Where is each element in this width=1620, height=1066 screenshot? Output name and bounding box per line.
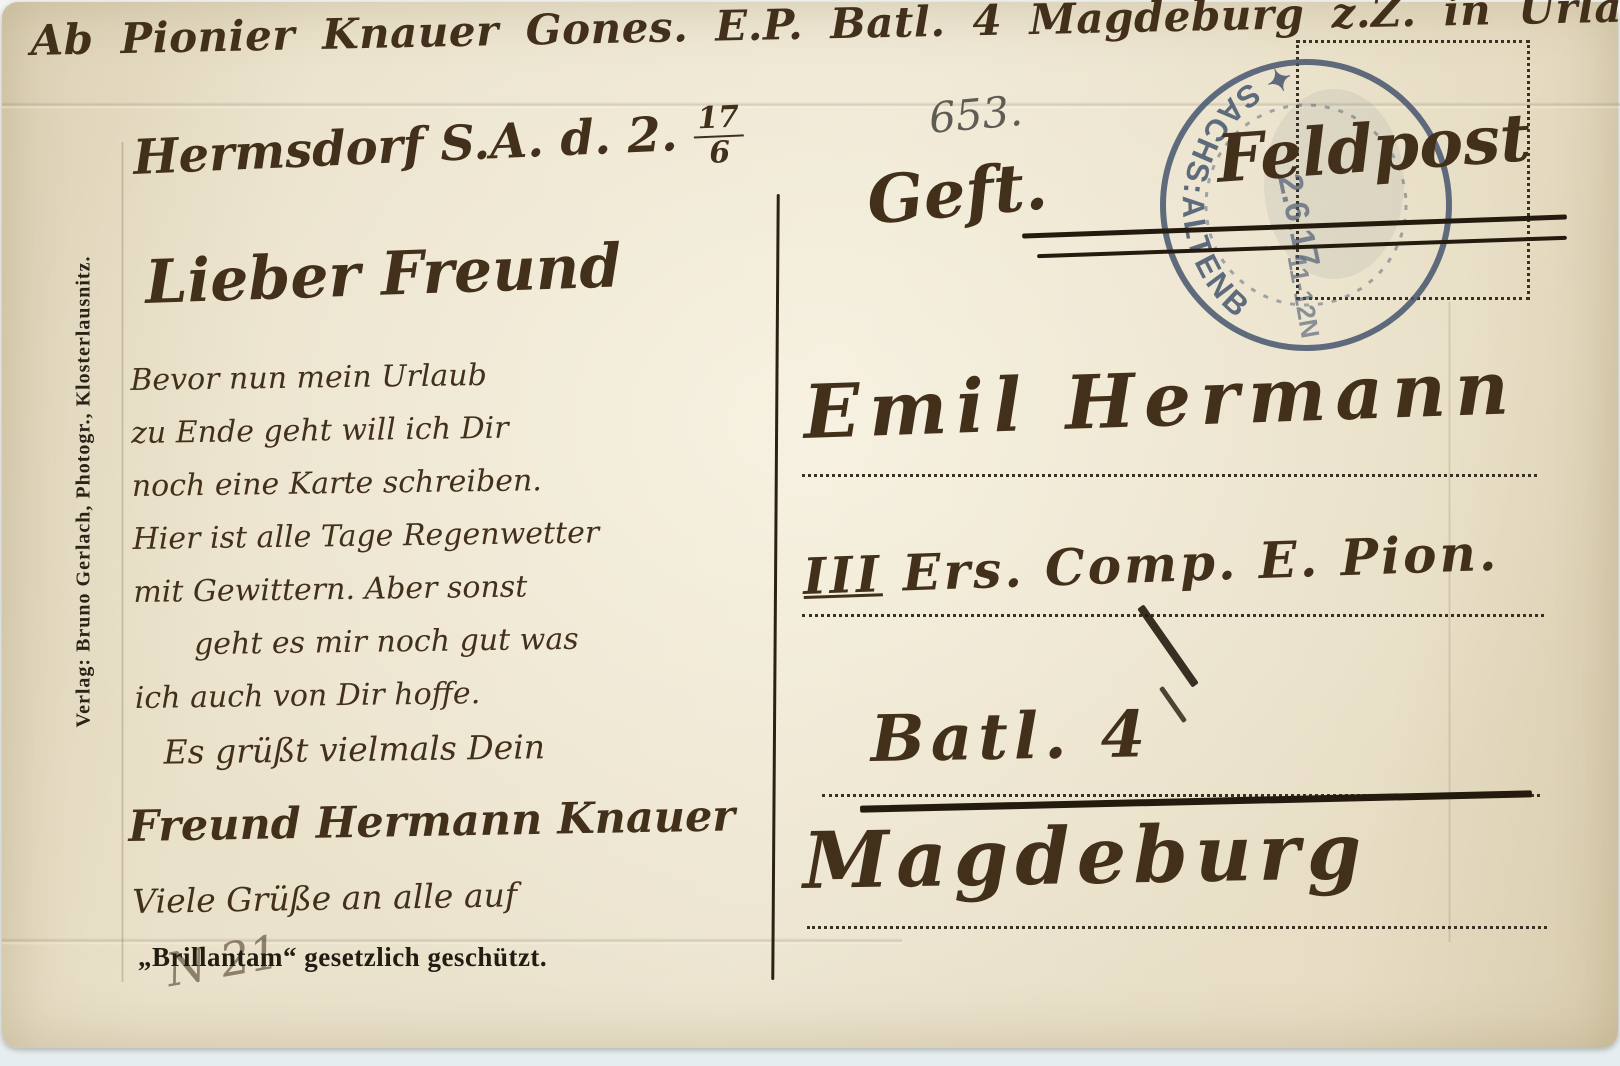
postcard-back: Ab Pionier Knauer Gones. E.P. Batl. 4 Ma…: [2, 2, 1618, 1048]
message-dateline: Hermsdorf S.A. d. 2. 17 6: [132, 103, 745, 193]
message-body: Bevor nun mein Urlaub zu Ende geht will …: [130, 345, 801, 781]
message-line: zu Ende geht will ich Dir: [131, 398, 797, 460]
message-line: geht es mir noch gut was: [134, 610, 800, 672]
postcard-scan: Ab Pionier Knauer Gones. E.P. Batl. 4 Ma…: [0, 0, 1620, 1066]
unit-rest: Ers. Comp. E. Pion.: [902, 523, 1501, 603]
date-fraction: 17 6: [693, 103, 745, 168]
dateline-text: Hermsdorf S.A. d. 2.: [132, 106, 679, 186]
message-line: noch eine Karte schreiben.: [131, 451, 797, 513]
salutation: Lieber Freund: [144, 231, 622, 318]
message-line: Es grüßt vielmals Dein: [135, 716, 801, 781]
address-line-dots: [802, 474, 1537, 477]
catalog-number: 653.: [927, 86, 1024, 143]
publisher-credit: Verlag: Bruno Gerlach, Photogr., Kloster…: [73, 122, 96, 862]
message-line: mit Gewittern. Aber sonst: [133, 557, 799, 619]
postmark-stamp: ✦ SACHS:ALTENB 2.6.17 11-12N: [1144, 44, 1464, 364]
address-unit: III Ers. Comp. E. Pion.: [802, 523, 1500, 606]
censor-mark: [1159, 686, 1187, 723]
postscript-line: Viele Grüße an alle auf: [132, 875, 517, 921]
rank-abbrev: Geft.: [864, 146, 1050, 239]
address-line-dots: [802, 614, 1544, 617]
message-line: Bevor nun mein Urlaub: [130, 345, 796, 407]
address-city: Magdeburg: [802, 806, 1369, 907]
signature-line: Freund Hermann Knauer: [128, 791, 735, 852]
address-name: Emil Hermann: [802, 345, 1519, 456]
address-line-dots: [807, 926, 1547, 929]
message-line: ich auch von Dir hoffe.: [134, 663, 800, 725]
unit-prefix: III: [802, 544, 883, 606]
address-battalion: Batl. 4: [870, 697, 1152, 777]
trademark-line: „Brillantam“ gesetzlich geschützt.: [138, 942, 547, 973]
message-line: Hier ist alle Tage Regenwetter: [132, 504, 798, 566]
vertical-crease: [121, 142, 124, 982]
